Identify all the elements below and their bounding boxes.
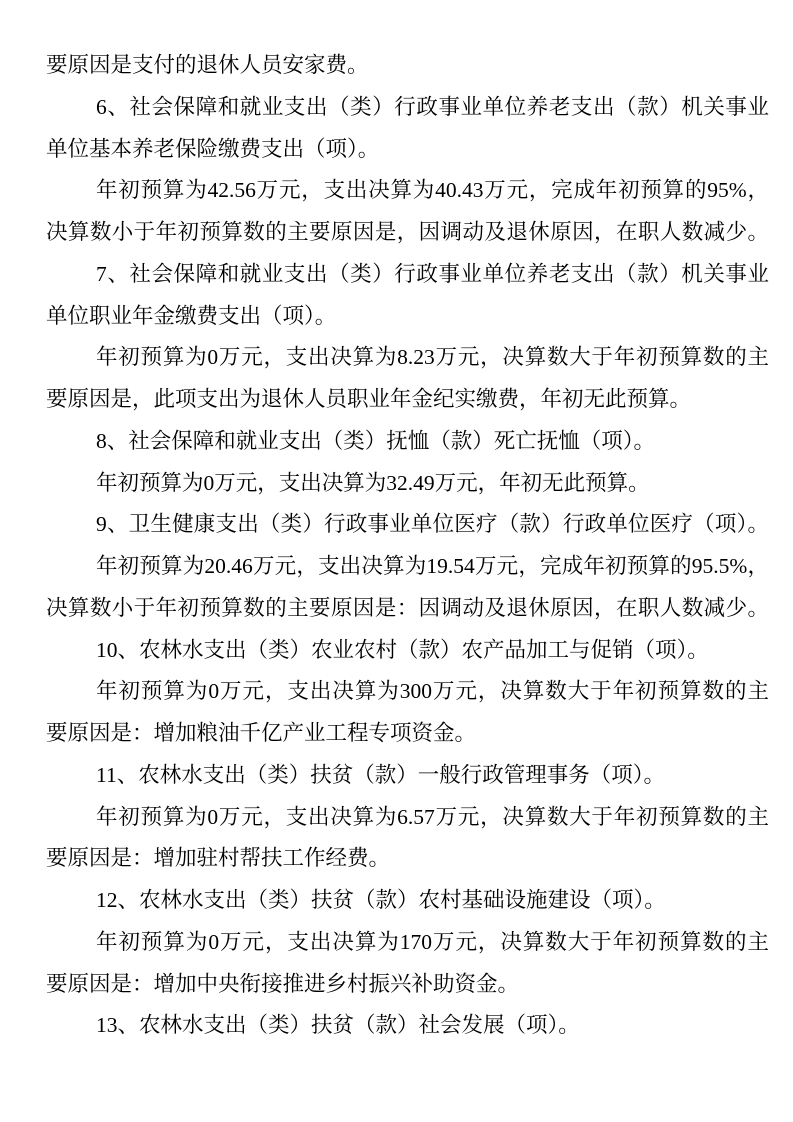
text-line: 9、卫生健康支出（类）行政事业单位医疗（款）行政单位医疗（项）。 xyxy=(46,504,769,546)
text-line: 要原因是：增加中央衔接推进乡村振兴补助资金。 xyxy=(46,964,769,1006)
text-line: 6、社会保障和就业支出（类）行政事业单位养老支出（款）机关事业 xyxy=(46,87,769,129)
text-line: 12、农林水支出（类）扶贫（款）农村基础设施建设（项）。 xyxy=(46,880,769,922)
text-line: 年初预算为20.46万元，支出决算为19.54万元，完成年初预算的95.5%， xyxy=(46,546,769,588)
text-line: 年初预算为0万元，支出决算为170万元，决算数大于年初预算数的主 xyxy=(46,922,769,964)
text-line: 年初预算为0万元，支出决算为32.49万元，年初无此预算。 xyxy=(46,463,769,505)
text-line: 年初预算为0万元，支出决算为300万元，决算数大于年初预算数的主 xyxy=(46,671,769,713)
text-line: 8、社会保障和就业支出（类）抚恤（款）死亡抚恤（项）。 xyxy=(46,421,769,463)
text-line: 要原因是：增加粮油千亿产业工程专项资金。 xyxy=(46,713,769,755)
text-line: 要原因是支付的退休人员安家费。 xyxy=(46,45,769,87)
text-line: 年初预算为0万元，支出决算为6.57万元，决算数大于年初预算数的主 xyxy=(46,797,769,839)
text-line: 要原因是：增加驻村帮扶工作经费。 xyxy=(46,838,769,880)
document-page: 要原因是支付的退休人员安家费。 6、社会保障和就业支出（类）行政事业单位养老支出… xyxy=(0,0,793,1122)
text-line: 决算数小于年初预算数的主要原因是：因调动及退休原因，在职人数减少。 xyxy=(46,588,769,630)
text-line: 年初预算为0万元，支出决算为8.23万元，决算数大于年初预算数的主 xyxy=(46,337,769,379)
text-line: 决算数小于年初预算数的主要原因是，因调动及退休原因，在职人数减少。 xyxy=(46,212,769,254)
text-line: 单位职业年金缴费支出（项）。 xyxy=(46,296,769,338)
text-line: 10、农林水支出（类）农业农村（款）农产品加工与促销（项）。 xyxy=(46,630,769,672)
text-line: 单位基本养老保险缴费支出（项）。 xyxy=(46,129,769,171)
text-line: 要原因是，此项支出为退休人员职业年金纪实缴费，年初无此预算。 xyxy=(46,379,769,421)
text-line: 年初预算为42.56万元，支出决算为40.43万元，完成年初预算的95%， xyxy=(46,170,769,212)
text-line: 13、农林水支出（类）扶贫（款）社会发展（项）。 xyxy=(46,1005,769,1047)
text-line: 11、农林水支出（类）扶贫（款）一般行政管理事务（项）。 xyxy=(46,755,769,797)
text-line: 7、社会保障和就业支出（类）行政事业单位养老支出（款）机关事业 xyxy=(46,254,769,296)
